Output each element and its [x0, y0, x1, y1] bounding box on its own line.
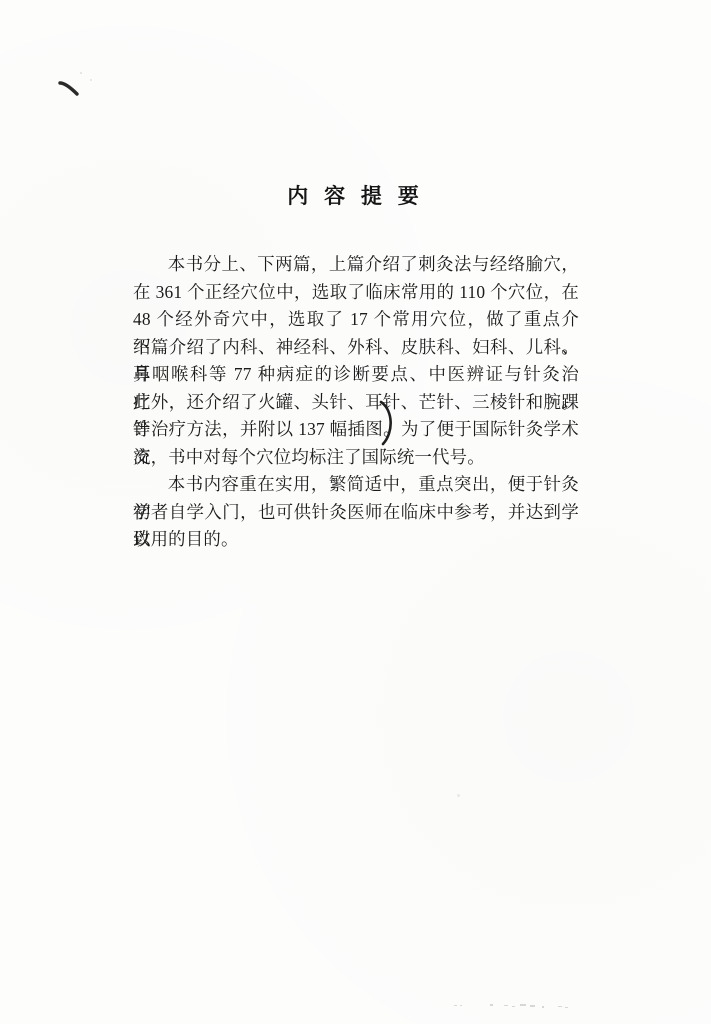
pen-paren-mark [378, 400, 398, 446]
paragraph-2: 本书内容重在实用，繁简适中，重点突出，便于针灸初 学者自学入门，也可供针灸医师在… [133, 471, 579, 554]
body-text: 本书分上、下两篇，上篇介绍了刺灸法与经络腧穴， 在 361 个正经穴位中，选取了… [133, 251, 579, 554]
text-line: 等治疗方法，并附以 137 幅插图。为了便于国际针灸学术交 [133, 416, 579, 444]
text-line: 本书分上、下两篇，上篇介绍了刺灸法与经络腧穴， [133, 251, 579, 279]
scan-noise-speck [80, 72, 82, 74]
scan-noise-speck [90, 79, 92, 81]
text-line: 48 个经外奇穴中，选取了 17 个常用穴位，做了重点介绍。 [133, 306, 579, 334]
paragraph-1: 本书分上、下两篇，上篇介绍了刺灸法与经络腧穴， 在 361 个正经穴位中，选取了… [133, 251, 579, 471]
page-title: 内 容 提 要 [0, 180, 711, 210]
text-line: 鼻咽喉科等 77 种病症的诊断要点、中医辨证与针灸治疗。 [133, 361, 579, 389]
text-line: 致用的目的。 [133, 526, 579, 554]
scanned-book-page: 内 容 提 要 本书分上、下两篇，上篇介绍了刺灸法与经络腧穴， 在 361 个正… [0, 0, 711, 1024]
scan-noise-speck [457, 794, 460, 797]
text-line: 下篇介绍了内科、神经科、外科、皮肤科、妇科、儿科、耳 [133, 334, 579, 362]
text-line: 此外，还介绍了火罐、头针、耳针、芒针、三棱针和腕踝针 [133, 389, 579, 417]
text-line: 在 361 个正经穴位中，选取了临床常用的 110 个穴位，在 [133, 279, 579, 307]
text-line: 流，书中对每个穴位均标注了国际统一代号。 [133, 444, 579, 472]
text-line: 本书内容重在实用，繁简适中，重点突出，便于针灸初 [133, 471, 579, 499]
scan-noise-row [452, 1001, 582, 1013]
pen-tick-mark [57, 79, 81, 99]
text-line: 学者自学入门，也可供针灸医师在临床中参考，并达到学以 [133, 499, 579, 527]
